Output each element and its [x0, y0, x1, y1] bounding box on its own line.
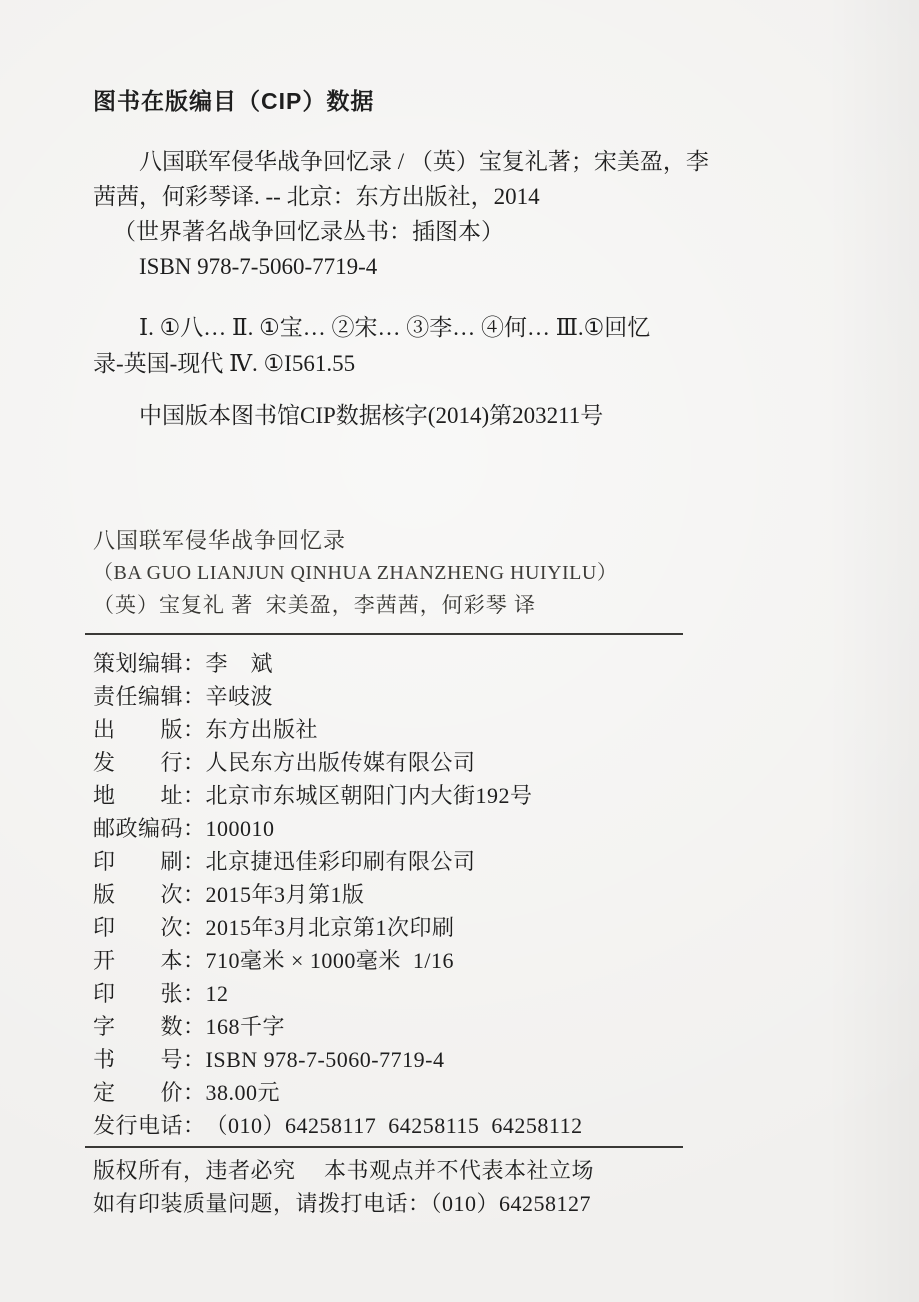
colophon-label: 版次: [93, 878, 183, 911]
colophon-colon: ：: [183, 1109, 206, 1142]
colophon-value: 人民东方出版传媒有限公司: [206, 750, 476, 775]
cip-record-line: 八国联军侵华战争回忆录 / （英）宝复礼著；宋美盈，李: [93, 144, 853, 179]
colophon-row-edition: 版次：2015年3月第1版: [93, 878, 853, 911]
cip-classification-line: Ⅰ. ①八… Ⅱ. ①宝… ②宋… ③李… ④何… Ⅲ.①回忆: [93, 310, 853, 346]
footer-block: 版权所有，违者必究 本书观点并不代表本社立场 如有印装质量问题，请拨打电话：（0…: [93, 1154, 853, 1220]
colophon-colon: ：: [183, 746, 206, 779]
colophon-row-isbn: 书号：ISBN 978-7-5060-7719-4: [93, 1043, 853, 1076]
colophon-colon: ：: [183, 845, 206, 878]
colophon-colon: ：: [183, 1043, 206, 1076]
cip-record-block: 八国联军侵华战争回忆录 / （英）宝复礼著；宋美盈，李 茜茜，何彩琴译. -- …: [93, 144, 853, 284]
colophon-colon: ：: [183, 1010, 206, 1043]
colophon-row-publisher: 出版：东方出版社: [93, 713, 853, 746]
colophon-value: 北京捷迅佳彩印刷有限公司: [206, 849, 476, 874]
book-authors: （英）宝复礼 著 宋美盈，李茜茜，何彩琴 译: [93, 589, 853, 621]
colophon-colon: ：: [183, 680, 206, 713]
copyright-page: 图书在版编目（CIP）数据 八国联军侵华战争回忆录 / （英）宝复礼著；宋美盈，…: [0, 0, 919, 1302]
colophon-colon: ：: [183, 911, 206, 944]
divider-line-top: [85, 633, 683, 635]
colophon-row-word-count: 字数：168千字: [93, 1010, 853, 1043]
colophon-label: 印张: [93, 977, 183, 1010]
colophon-label: 责任编辑: [93, 680, 183, 713]
colophon-value: 2015年3月北京第1次印刷: [206, 915, 455, 940]
colophon-value: 12: [206, 981, 229, 1006]
colophon-colon: ：: [183, 812, 206, 845]
colophon-colon: ：: [183, 713, 206, 746]
colophon-label: 邮政编码: [93, 812, 183, 845]
colophon-label: 策划编辑: [93, 647, 183, 680]
colophon-row-format: 开本：710毫米 × 1000毫米 1/16: [93, 944, 853, 977]
copyright-notice: 版权所有，违者必究 本书观点并不代表本社立场: [85, 1154, 853, 1187]
colophon-row-printer: 印刷：北京捷迅佳彩印刷有限公司: [93, 845, 853, 878]
colophon-row-planning-editor: 策划编辑：李 斌: [93, 647, 853, 680]
colophon-value: 李 斌: [206, 651, 274, 676]
colophon-label: 开本: [93, 944, 183, 977]
colophon-value: 2015年3月第1版: [206, 882, 365, 907]
colophon-label: 发行电话: [93, 1109, 183, 1142]
quality-hotline-notice: 如有印装质量问题，请拨打电话：（010）64258127: [85, 1187, 853, 1220]
divider-line-bottom: [85, 1146, 683, 1148]
colophon-row-impression: 印次：2015年3月北京第1次印刷: [93, 911, 853, 944]
colophon-label: 印次: [93, 911, 183, 944]
colophon-value: 100010: [206, 816, 275, 841]
colophon-colon: ：: [183, 1076, 206, 1109]
colophon-label: 字数: [93, 1010, 183, 1043]
colophon-row-address: 地址：北京市东城区朝阳门内大街192号: [93, 779, 853, 812]
colophon-colon: ：: [183, 944, 206, 977]
colophon-value: 38.00元: [206, 1080, 281, 1105]
colophon-value: 东方出版社: [206, 717, 319, 742]
colophon-label: 印刷: [93, 845, 183, 878]
colophon-value: 辛岐波: [206, 684, 274, 709]
colophon-row-sheets: 印张：12: [93, 977, 853, 1010]
colophon-colon: ：: [183, 779, 206, 812]
colophon-value: 北京市东城区朝阳门内大街192号: [206, 783, 533, 808]
page-content: 图书在版编目（CIP）数据 八国联军侵华战争回忆录 / （英）宝复礼著；宋美盈，…: [93, 86, 853, 1220]
cip-record-line: ISBN 978-7-5060-7719-4: [93, 249, 853, 284]
colophon-value: （010）64258117 64258115 64258112: [206, 1113, 583, 1138]
cip-record-number: 中国版本图书馆CIP数据核字(2014)第203211号: [93, 398, 853, 433]
colophon-colon: ：: [183, 977, 206, 1010]
colophon-value: ISBN 978-7-5060-7719-4: [206, 1047, 445, 1072]
book-title-block: 八国联军侵华战争回忆录 （BA GUO LIANJUN QINHUA ZHANZ…: [93, 525, 853, 621]
colophon-row-postcode: 邮政编码：100010: [93, 812, 853, 845]
colophon-row-responsible-editor: 责任编辑：辛岐波: [93, 680, 853, 713]
colophon-label: 地址: [93, 779, 183, 812]
colophon-row-sales-phone: 发行电话：（010）64258117 64258115 64258112: [93, 1109, 853, 1142]
colophon-row-price: 定价：38.00元: [93, 1076, 853, 1109]
colophon-value: 168千字: [206, 1014, 286, 1039]
colophon-block: 策划编辑：李 斌 责任编辑：辛岐波 出版：东方出版社 发行：人民东方出版传媒有限…: [93, 647, 853, 1142]
cip-record-line: 茜茜，何彩琴译. -- 北京：东方出版社，2014: [93, 179, 853, 214]
colophon-label: 发行: [93, 746, 183, 779]
cip-classification-line: 录-英国-现代 Ⅳ. ①I561.55: [93, 346, 853, 382]
cip-record-line: （世界著名战争回忆录丛书：插图本）: [93, 214, 853, 249]
cip-classification-block: Ⅰ. ①八… Ⅱ. ①宝… ②宋… ③李… ④何… Ⅲ.①回忆 录-英国-现代 …: [93, 310, 853, 382]
colophon-row-distributor: 发行：人民东方出版传媒有限公司: [93, 746, 853, 779]
colophon-colon: ：: [183, 878, 206, 911]
cip-header: 图书在版编目（CIP）数据: [93, 86, 853, 116]
book-pinyin: （BA GUO LIANJUN QINHUA ZHANZHENG HUIYILU…: [93, 557, 853, 589]
colophon-value: 710毫米 × 1000毫米 1/16: [206, 948, 455, 973]
colophon-label: 书号: [93, 1043, 183, 1076]
colophon-label: 出版: [93, 713, 183, 746]
colophon-colon: ：: [183, 647, 206, 680]
book-title: 八国联军侵华战争回忆录: [93, 525, 853, 557]
colophon-label: 定价: [93, 1076, 183, 1109]
